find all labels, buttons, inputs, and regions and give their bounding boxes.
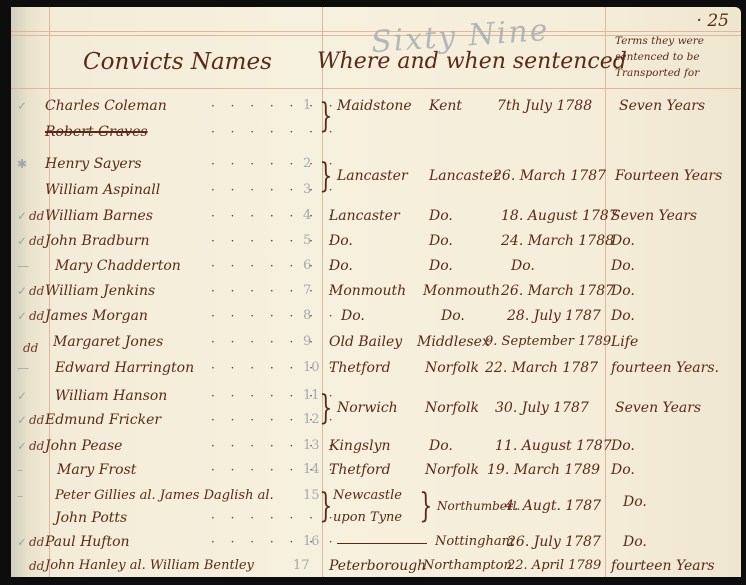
check-mark-icon: ✓ (17, 409, 27, 431)
sentence-place: Do. (341, 305, 365, 327)
margin-mark: dd (29, 531, 44, 553)
sentence-place: Peterborough (329, 555, 426, 577)
sentence-date: 22. March 1787 (485, 357, 598, 379)
convict-name: Edmund Fricker (45, 409, 161, 431)
row-number: 11 (303, 385, 320, 407)
sentence-place: Monmouth (329, 280, 406, 302)
ledger-page: · 25 Sixty Nine Convicts Names Where and… (11, 7, 741, 577)
row-number: 4 (303, 205, 311, 227)
check-mark-icon: ✓ (17, 205, 27, 227)
transport-term: fourteen Years (611, 555, 715, 577)
row-number: 1 (303, 95, 311, 117)
leader-dots: · · · · · · · (211, 230, 339, 252)
check-mark-icon: ✱ (17, 153, 27, 175)
table-row: Robert Graves · · · · · · · (11, 121, 741, 145)
sentence-county: Do. (429, 230, 453, 252)
sentence-place: Do. (329, 230, 353, 252)
transport-term: Seven Years (611, 205, 697, 227)
sentence-place: Maidstone (337, 95, 412, 117)
page-number: · 25 (697, 11, 729, 31)
row-number: 2 (303, 153, 311, 175)
table-row: ✓ dd James Morgan · · · · · · · 8 Do. Do… (11, 305, 741, 329)
sentence-date: Do. (511, 255, 535, 277)
transport-term: fourteen Years. (611, 357, 719, 379)
leader-dots: · · · · · · · (211, 507, 339, 529)
check-mark-icon: ✓ (17, 385, 27, 407)
leader-dots: · · · · · · · (211, 255, 339, 277)
row-number: 15 (303, 485, 320, 507)
rule-line (11, 88, 741, 89)
sentence-date: 22. April 1789 (507, 555, 601, 577)
table-row: ✓ Charles Coleman · · · · · · · 1 Maidst… (11, 95, 741, 119)
margin-mark: dd (23, 337, 38, 359)
convict-name: John Pease (45, 435, 122, 457)
margin-mark: dd (29, 555, 44, 577)
sentence-date: 26. July 1787 (507, 531, 601, 553)
sentence-county: Norfolk (425, 357, 479, 379)
transport-term: Life (611, 331, 638, 353)
sentence-county: Middlesex (417, 331, 490, 353)
margin-mark: dd (29, 409, 44, 431)
check-mark-icon: ✓ (17, 280, 27, 302)
row-number: 10 (303, 357, 320, 379)
sentence-county: Northampton (423, 555, 512, 577)
transport-term: Do. (611, 280, 635, 302)
transport-term: Do. (611, 459, 635, 481)
row-number: 8 (303, 305, 311, 327)
scan-bottom-edge (0, 577, 746, 585)
sentence-county: Monmouth (423, 280, 500, 302)
table-row: dd Margaret Jones · · · · · · · 9 Old Ba… (11, 331, 741, 355)
leader-dots: · · · · · · · (211, 179, 339, 201)
sentence-place: Newcastle (333, 485, 402, 507)
table-row: ✓ dd Paul Hufton · · · · · · · 16 Nottin… (11, 531, 741, 555)
transport-term: Do. (611, 435, 635, 457)
margin-mark: dd (29, 435, 44, 457)
dash-mark-icon: – (17, 485, 23, 507)
row-number: 14 (303, 459, 320, 481)
table-row: ✓ dd William Barnes · · · · · · · 4 Lanc… (11, 205, 741, 229)
convict-name: Edward Harrington (55, 357, 194, 379)
convict-name: Mary Chadderton (55, 255, 181, 277)
sentence-date: 26. March 1787 (501, 280, 614, 302)
table-row: dd John Hanley al. William Bentley 17 Pe… (11, 555, 741, 577)
sentence-date: 18. August 1787 (501, 205, 618, 227)
sentence-place: Do. (329, 255, 353, 277)
transport-term: Seven Years (619, 95, 705, 117)
row-number: 9 (303, 331, 311, 353)
convict-name: William Aspinall (45, 179, 160, 201)
table-row: ✓ dd Edmund Fricker · · · · · · · 12 (11, 409, 741, 433)
margin-mark: dd (29, 205, 44, 227)
sentence-county: Do. (429, 205, 453, 227)
ditto-line (337, 543, 427, 544)
sentence-county: Do. (429, 255, 453, 277)
check-mark-icon: ✓ (17, 435, 27, 457)
margin-mark: dd (29, 280, 44, 302)
sentence-place: Kingslyn (329, 435, 391, 457)
dash-mark-icon: — (17, 255, 29, 277)
margin-mark: dd (29, 305, 44, 327)
table-row: — Edward Harrington · · · · · · · 10 The… (11, 357, 741, 381)
convict-name-crossed: Robert Graves (45, 121, 148, 143)
check-mark-icon: ✓ (17, 531, 27, 553)
convict-name: John Bradburn (45, 230, 150, 252)
convict-name: Peter Gillies al. James Daglish al. (55, 485, 274, 507)
sentence-county: Norfolk (425, 459, 479, 481)
row-number: 12 (303, 409, 320, 431)
table-row: — Mary Chadderton · · · · · · · 6 Do. Do… (11, 255, 741, 279)
table-row: ✓ dd William Jenkins · · · · · · · 7 Mon… (11, 280, 741, 304)
table-row: John Potts · · · · · · · upon Tyne (11, 507, 741, 531)
table-row: ✓ William Hanson · · · · · · · 11 Norwic… (11, 385, 741, 409)
sentence-place: Old Bailey (329, 331, 402, 353)
leader-dots: · · · · · · · (211, 305, 339, 327)
sentence-county: Do. (441, 305, 465, 327)
table-row: ✓ dd John Bradburn · · · · · · · 5 Do. D… (11, 230, 741, 254)
leader-dots: · · · · · · · (211, 331, 339, 353)
convict-name: James Morgan (45, 305, 148, 327)
dash-mark-icon: — (17, 357, 29, 379)
leader-dots: · · · · · · · (211, 121, 339, 143)
sentence-date: 24. March 1788 (501, 230, 614, 252)
row-number: 7 (303, 280, 311, 302)
table-row: William Aspinall · · · · · · · 3 (11, 179, 741, 203)
margin-mark: dd (29, 230, 44, 252)
convict-name: Margaret Jones (53, 331, 163, 353)
convict-name: William Barnes (45, 205, 153, 227)
transport-term: Do. (611, 230, 635, 252)
header-where-when: Where and when sentenced (317, 49, 627, 74)
leader-dots: · · · · · · · (211, 280, 339, 302)
check-mark-icon: ✓ (17, 95, 27, 117)
convict-name: John Potts (55, 507, 127, 529)
sentence-date: 19. March 1789 (487, 459, 600, 481)
convict-name: William Jenkins (45, 280, 155, 302)
transport-term: Do. (611, 255, 635, 277)
sentence-county: Do. (429, 435, 453, 457)
check-mark-icon: ✓ (17, 305, 27, 327)
row-number: 3 (303, 179, 311, 201)
transport-term: Do. (623, 531, 647, 553)
row-number: 17 (293, 555, 310, 577)
convict-name: Henry Sayers (45, 153, 142, 175)
sentence-place: Thetford (329, 357, 391, 379)
sentence-date: 7th July 1788 (497, 95, 592, 117)
header-convicts-names: Convicts Names (83, 49, 272, 75)
sentence-place: Lancaster (329, 205, 400, 227)
leader-dots: · · · · · · · (211, 205, 339, 227)
row-number: 5 (303, 230, 311, 252)
sentence-date: 11. August 1787 (495, 435, 612, 457)
table-row: ✓ dd John Pease · · · · · · · 13 Kingsly… (11, 435, 741, 459)
table-row: – Mary Frost · · · · · · · 14 Thetford N… (11, 459, 741, 483)
sentence-county: Kent (429, 95, 462, 117)
transport-term: Do. (611, 305, 635, 327)
sentence-place: upon Tyne (333, 507, 402, 529)
sentence-date: 9. September 1789 (485, 331, 611, 353)
convict-name: Charles Coleman (45, 95, 167, 117)
convict-name: Mary Frost (57, 459, 136, 481)
convict-name: John Hanley al. William Bentley (45, 555, 254, 577)
row-number: 13 (303, 435, 320, 457)
dash-mark-icon: – (17, 459, 23, 481)
sentence-county: Nottingham (435, 531, 514, 553)
convict-name: Paul Hufton (45, 531, 130, 553)
table-row: ✱ Henry Sayers · · · · · · · 2 Lancaster… (11, 153, 741, 177)
table-row: – Peter Gillies al. James Daglish al. 15… (11, 485, 741, 509)
row-number: 16 (303, 531, 320, 553)
sentence-date: 28. July 1787 (507, 305, 601, 327)
check-mark-icon: ✓ (17, 230, 27, 252)
sentence-place: Thetford (329, 459, 391, 481)
header-terms: Terms they were sentenced to be Transpor… (615, 33, 735, 81)
convict-name: William Hanson (55, 385, 167, 407)
row-number: 6 (303, 255, 311, 277)
